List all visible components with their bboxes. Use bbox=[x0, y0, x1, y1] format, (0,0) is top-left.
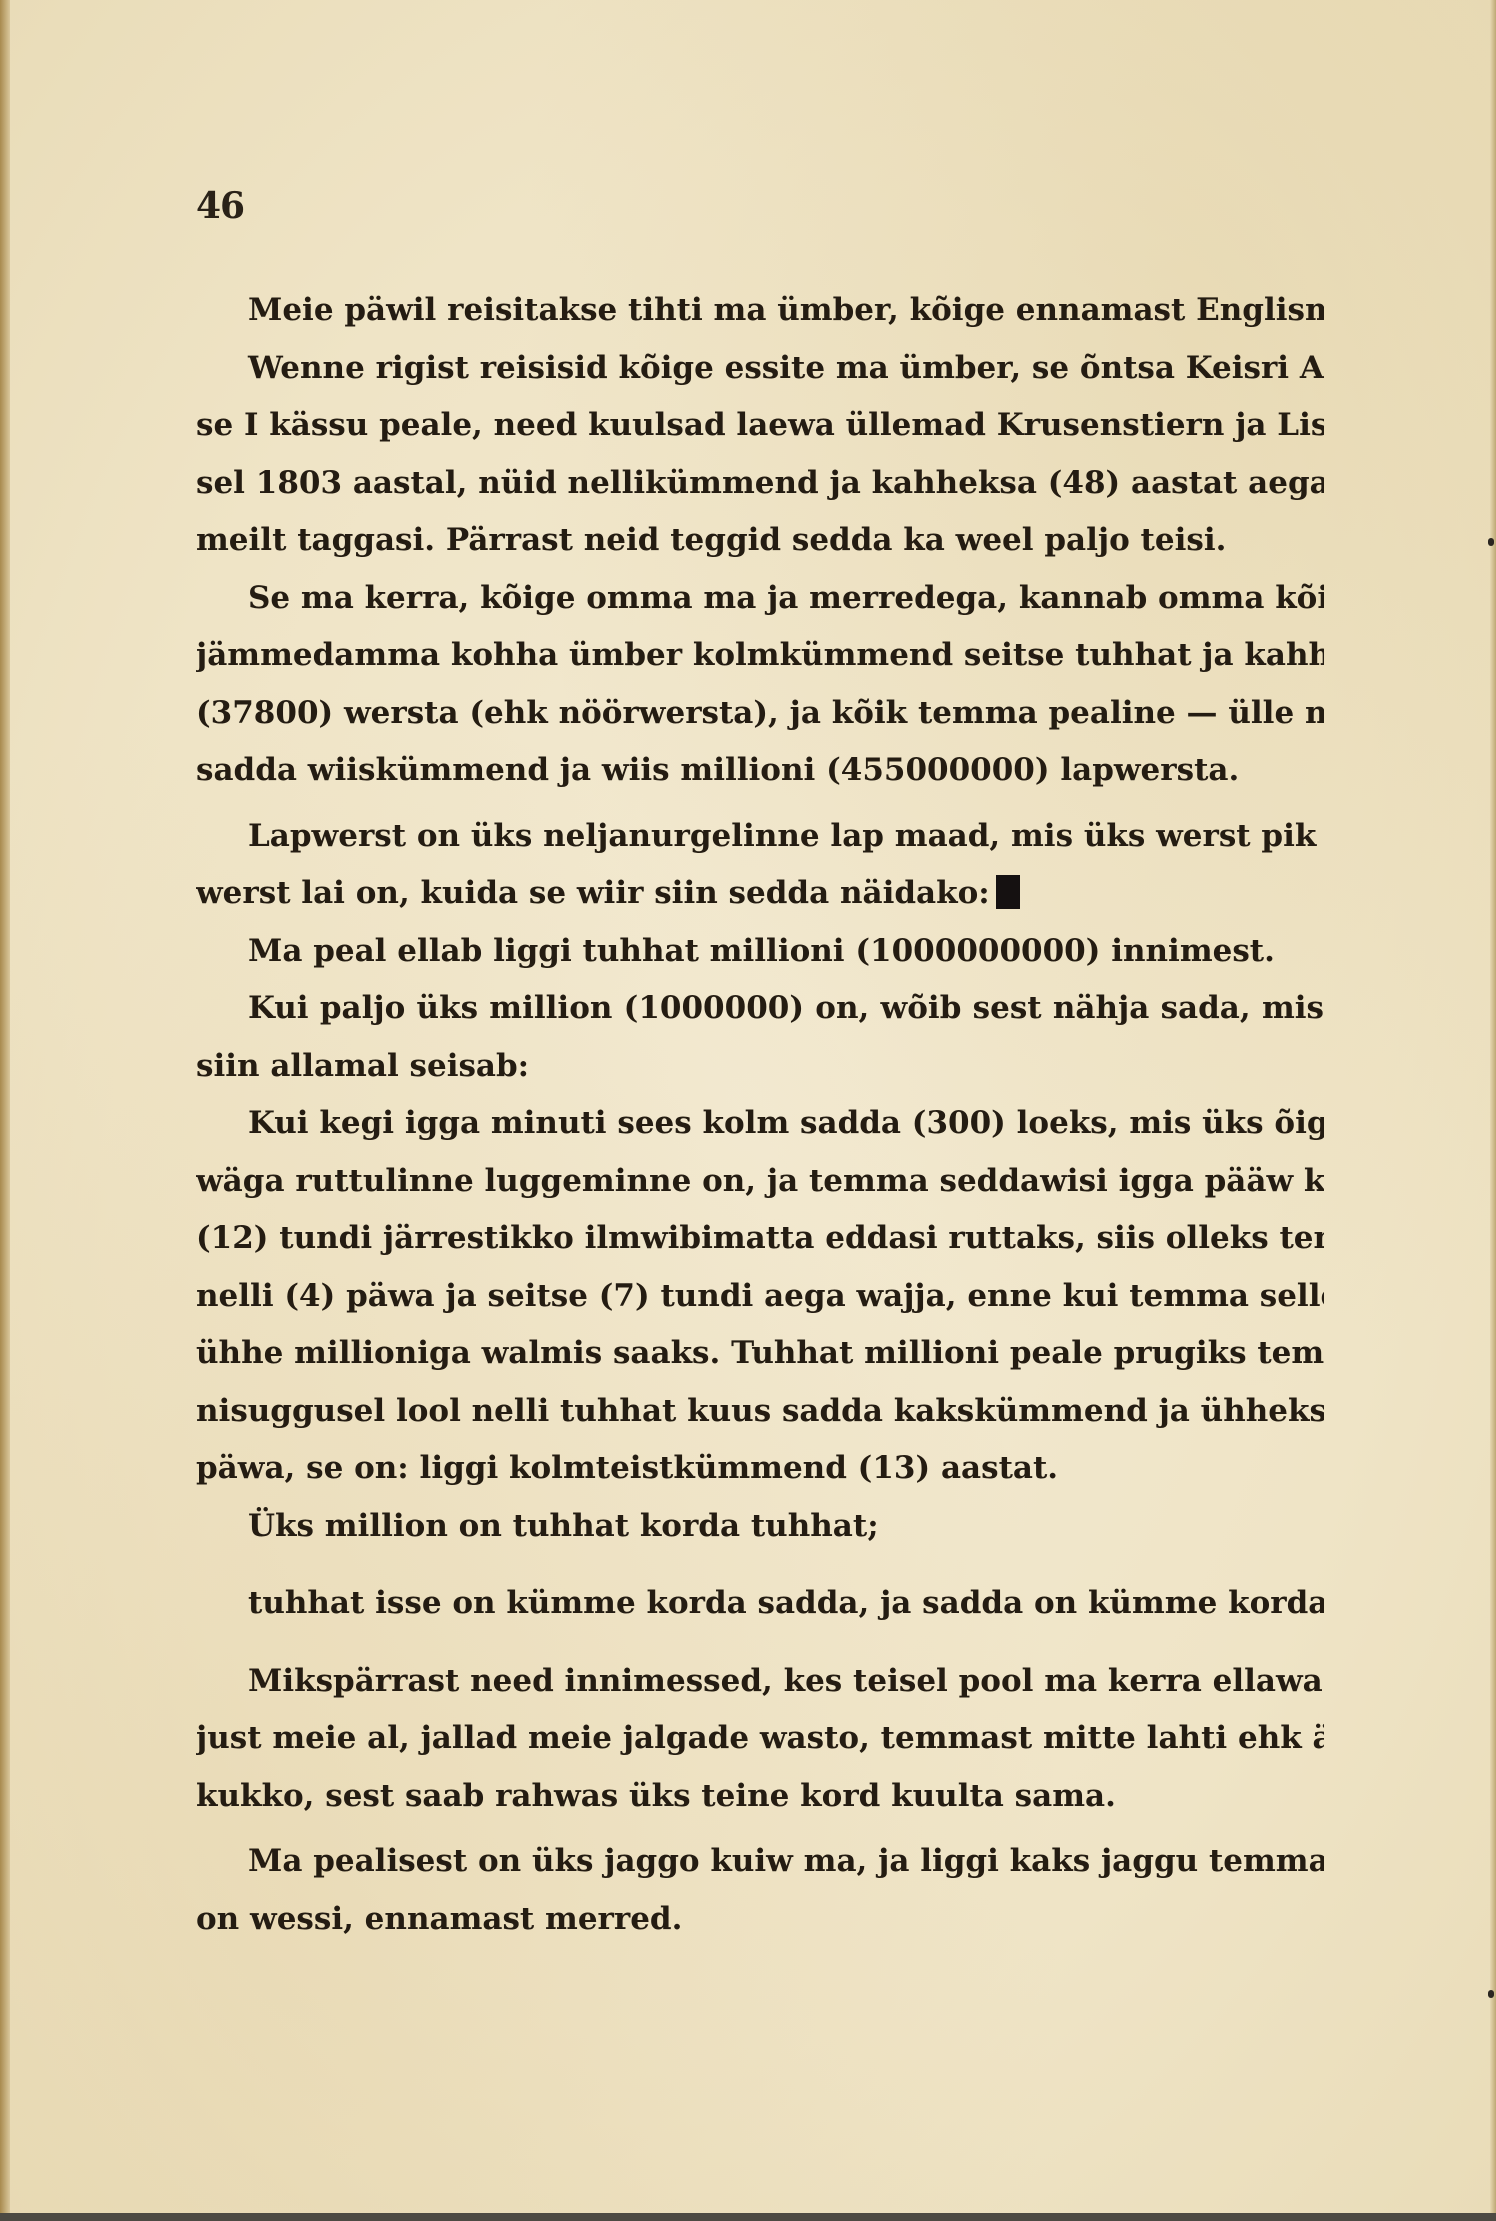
text-line: (12) tundi järrestikko ilmwibimatta edda… bbox=[196, 1210, 1324, 1268]
text-line: sel 1803 aastal, nüid nellikümmend ja ka… bbox=[196, 455, 1324, 513]
ink-speck bbox=[1488, 1990, 1494, 1998]
text-line: sadda wiiskümmend ja wiis millioni (4550… bbox=[196, 742, 1324, 800]
book-page: 46 Meie päwil reisitakse tihti ma ümber,… bbox=[0, 0, 1496, 2213]
page-right-edge bbox=[1490, 0, 1496, 2213]
paragraph: Üks million on tuhhat korda tuhhat; bbox=[196, 1498, 1324, 1556]
text-line: siin allamal seisab: bbox=[196, 1038, 1324, 1096]
text-line: nisuggusel lool nelli tuhhat kuus sadda … bbox=[196, 1383, 1324, 1441]
text-line: se I kässu peale, need kuulsad laewa üll… bbox=[196, 397, 1324, 455]
text-line: jämmedamma kohha ümber kolmkümmend seits… bbox=[196, 627, 1324, 685]
page-spine-edge bbox=[0, 0, 10, 2213]
text-line: tuhhat isse on kümme korda sadda, ja sad… bbox=[196, 1575, 1324, 1633]
text-line: Mikspärrast need innimessed, kes teisel … bbox=[196, 1653, 1324, 1711]
text-line: just meie al, jallad meie jalgade wasto,… bbox=[196, 1710, 1324, 1768]
text-line: Üks million on tuhhat korda tuhhat; bbox=[196, 1498, 1324, 1556]
paragraph: Se ma kerra, kõige omma ma ja merredega,… bbox=[196, 570, 1324, 800]
text-line: on wessi, ennamast merred. bbox=[196, 1891, 1324, 1949]
text-line: Lapwerst on üks neljanurgelinne lap maad… bbox=[196, 808, 1324, 866]
text-line: Kui kegi igga minuti sees kolm sadda (30… bbox=[196, 1095, 1324, 1153]
paragraph-gap bbox=[196, 1825, 1324, 1833]
paragraph-gap bbox=[196, 1555, 1324, 1575]
text-line: wäga ruttulinne luggeminne on, ja temma … bbox=[196, 1153, 1324, 1211]
scan-bottom-edge bbox=[0, 2213, 1496, 2221]
text-line-content: werst lai on, kuida se wiir siin sedda n… bbox=[196, 875, 990, 911]
paragraph: Ma pealisest on üks jaggo kuiw ma, ja li… bbox=[196, 1833, 1324, 1948]
ink-speck bbox=[1488, 538, 1494, 546]
paragraph: tuhhat isse on kümme korda sadda, ja sad… bbox=[196, 1575, 1324, 1633]
body-text: Meie päwil reisitakse tihti ma ümber, kõ… bbox=[196, 282, 1324, 1948]
square-verst-illustration bbox=[996, 875, 1020, 909]
text-line: Wenne rigist reisisid kõige essite ma üm… bbox=[196, 340, 1324, 398]
page-number: 46 bbox=[196, 185, 244, 227]
text-line: (37800) wersta (ehk nöörwersta), ja kõik… bbox=[196, 685, 1324, 743]
text-line: Se ma kerra, kõige omma ma ja merredega,… bbox=[196, 570, 1324, 628]
text-line: ühhe millioniga walmis saaks. Tuhhat mil… bbox=[196, 1325, 1324, 1383]
paragraph: Mikspärrast need innimessed, kes teisel … bbox=[196, 1653, 1324, 1826]
paragraph: Ma peal ellab liggi tuhhat millioni (100… bbox=[196, 923, 1324, 981]
paragraph: Meie päwil reisitakse tihti ma ümber, kõ… bbox=[196, 282, 1324, 340]
text-line: Ma pealisest on üks jaggo kuiw ma, ja li… bbox=[196, 1833, 1324, 1891]
text-line: werst lai on, kuida se wiir siin sedda n… bbox=[196, 865, 1324, 923]
text-line: kukko, sest saab rahwas üks teine kord k… bbox=[196, 1768, 1324, 1826]
text-line: päwa, se on: liggi kolmteistkümmend (13)… bbox=[196, 1440, 1324, 1498]
paragraph: Kui paljo üks million (1000000) on, wõib… bbox=[196, 980, 1324, 1095]
text-line: nelli (4) päwa ja seitse (7) tundi aega … bbox=[196, 1268, 1324, 1326]
text-line: Meie päwil reisitakse tihti ma ümber, kõ… bbox=[196, 282, 1324, 340]
text-line: Ma peal ellab liggi tuhhat millioni (100… bbox=[196, 923, 1324, 981]
text-line: Kui paljo üks million (1000000) on, wõib… bbox=[196, 980, 1324, 1038]
paragraph-gap bbox=[196, 800, 1324, 808]
text-line: meilt taggasi. Pärrast neid teggid sedda… bbox=[196, 512, 1324, 570]
paragraph: Kui kegi igga minuti sees kolm sadda (30… bbox=[196, 1095, 1324, 1498]
paragraph: Wenne rigist reisisid kõige essite ma üm… bbox=[196, 340, 1324, 570]
paragraph-gap bbox=[196, 1633, 1324, 1653]
paragraph: Lapwerst on üks neljanurgelinne lap maad… bbox=[196, 808, 1324, 923]
